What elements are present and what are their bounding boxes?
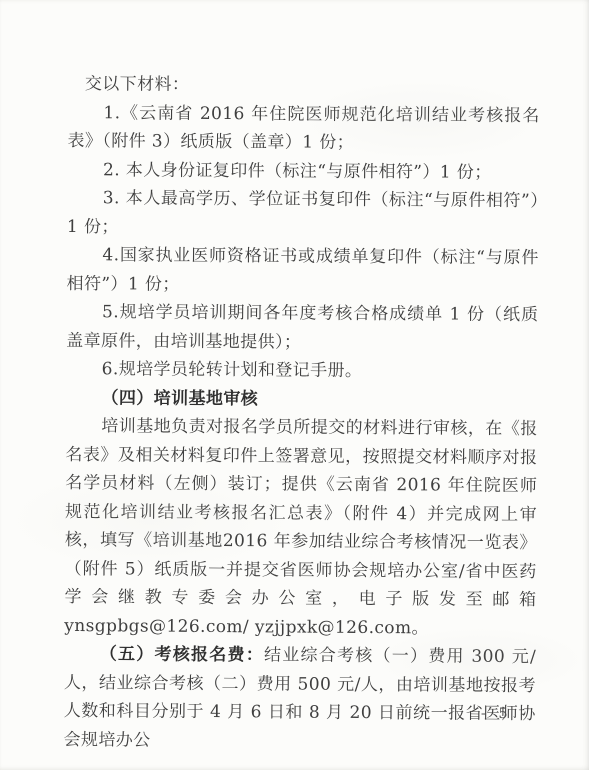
material-item-5: 5.规培学员培训期间各年度考核合格成绩单 1 份（纸质盖章原件，由培训基地提供）… xyxy=(66,298,538,358)
section-5-heading-text: （五）考核报名费： xyxy=(100,644,264,665)
section-4-heading: （四）培训基地审核 xyxy=(66,383,538,415)
material-item-1: 1.《云南省 2016 年住院医师规范化培训结业考核报名表》（附件 3）纸质版（… xyxy=(67,98,539,158)
material-item-2: 2. 本人身份证复印件（标注“与原件相符”）1 份； xyxy=(67,155,539,187)
scanned-document-page: 交以下材料： 1.《云南省 2016 年住院医师规范化培训结业考核报名表》（附件… xyxy=(0,0,589,770)
material-item-6: 6.规培学员轮转计划和登记手册。 xyxy=(66,355,538,387)
document-text-block: 交以下材料： 1.《云南省 2016 年住院医师规范化培训结业考核报名表》（附件… xyxy=(63,70,540,757)
page-number: - 5 - xyxy=(470,706,540,722)
section-5-paragraph: （五）考核报名费：结业综合考核（一）费用 300 元/人，结业综合考核（二）费用… xyxy=(63,640,536,757)
section-4-heading-text: （四）培训基地审核 xyxy=(101,388,258,409)
intro-line: 交以下材料： xyxy=(68,70,540,102)
section-4-body: 培训基地负责对报名学员所提交的材料进行审核，在《报名表》及相关材料复印件上签署意… xyxy=(64,412,538,643)
material-item-3: 3. 本人最高学历、学位证书复印件（标注“与原件相符”）1 份； xyxy=(67,184,539,244)
material-item-4: 4.国家执业医师资格证书或成绩单复印件（标注“与原件相符”）1 份； xyxy=(66,241,538,301)
